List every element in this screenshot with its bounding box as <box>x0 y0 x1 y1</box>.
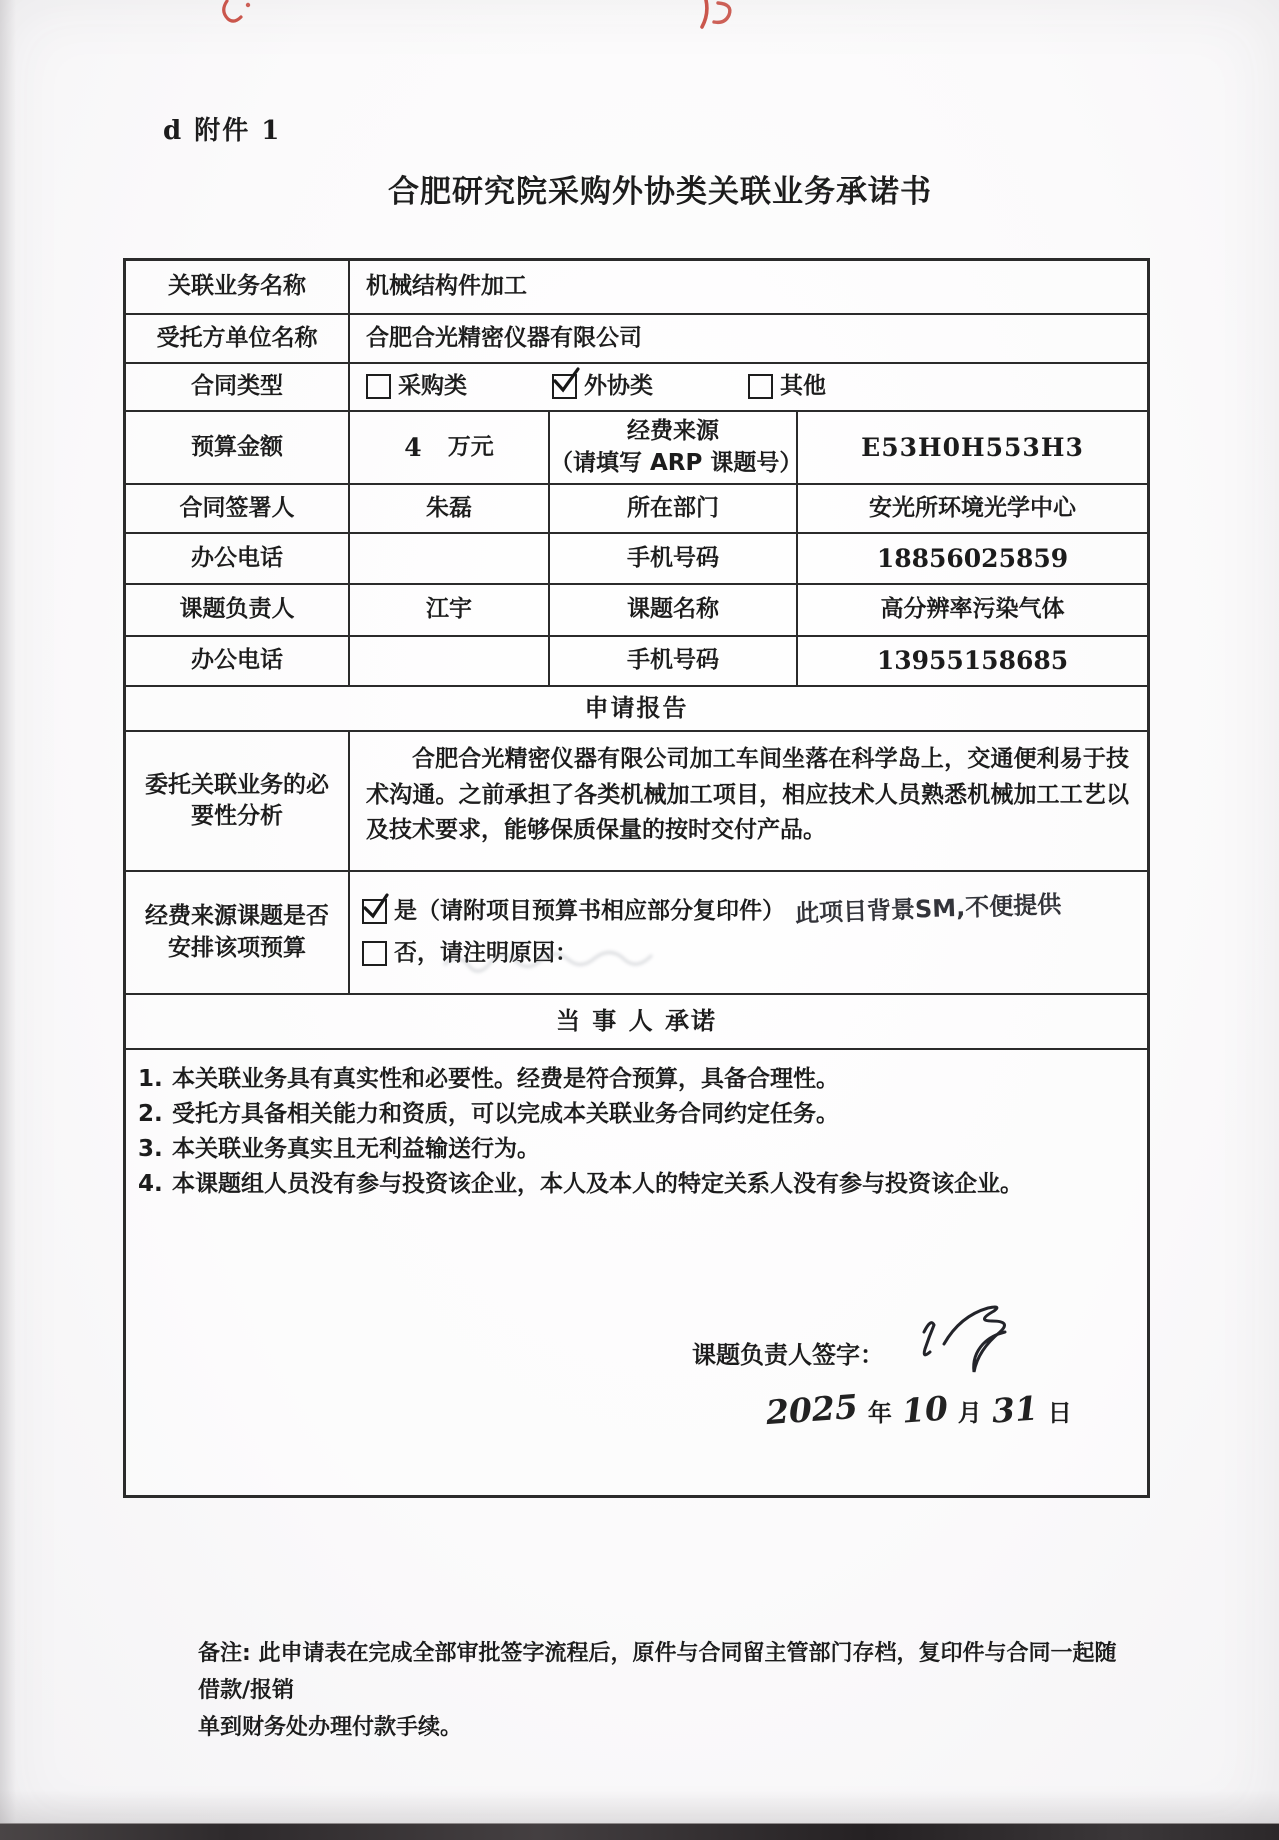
amount-unit: 万元 <box>448 432 494 463</box>
table-row: 经费来源课题是否 安排该项预算 是（请附项目预算书相应部分复印件） 此项目背景S… <box>126 870 1147 993</box>
erased-handwriting-smudge <box>440 944 760 978</box>
item-text: 本关联业务具有真实性和必要性。经费是符合预算，具备合理性。 <box>172 1062 839 1097</box>
budget-amount: 4 万元 <box>348 412 548 483</box>
necessity-paragraph: 合肥合光精密仪器有限公司加工车间坐落在科学岛上，交通便利易于技术沟通。之前承担了… <box>366 742 1129 849</box>
red-ink-mark <box>696 0 744 34</box>
yes-option-line: 是（请附项目预算书相应部分复印件） 此项目背景SM,不便提供 <box>362 896 1137 928</box>
checkbox-icon <box>552 374 577 399</box>
field-label: 经费来源课题是否 安排该项预算 <box>126 872 348 993</box>
field-value: 合肥合光精密仪器有限公司 <box>348 315 1147 362</box>
label-line: 经费来源课题是否 <box>145 901 329 932</box>
red-ink-mark <box>218 0 258 26</box>
checkbox-icon <box>362 941 387 966</box>
item-number: 1. <box>138 1062 172 1097</box>
table-row: 办公电话 手机号码 18856025859 <box>126 532 1147 583</box>
label-line: 要性分析 <box>191 801 283 832</box>
scanned-document-page: d 附件 1 合肥研究院采购外协类关联业务承诺书 关联业务名称 机械结构件加工 … <box>0 0 1279 1840</box>
table-row: 关联业务名称 机械结构件加工 <box>126 261 1147 313</box>
table-row: 申请报告 <box>126 685 1147 730</box>
date-day-unit: 日 <box>1048 1397 1072 1429</box>
funding-source-label: 经费来源 （请填写 ARP 课题号） <box>548 412 796 483</box>
checkbox-other: 其他 <box>748 371 826 402</box>
field-label: 所在部门 <box>548 485 796 532</box>
arp-project-number: E53H0H553H3 <box>796 412 1147 483</box>
signature-label: 课题负责人签字： <box>692 1339 884 1371</box>
scan-left-shadow <box>0 0 16 1840</box>
checkbox-yes: 是（请附项目预算书相应部分复印件） <box>362 896 785 927</box>
list-item: 4. 本课题组人员没有参与投资该企业，本人及本人的特定关系人没有参与投资该企业。 <box>126 1167 1147 1202</box>
checkbox-icon <box>748 374 773 399</box>
footer-remark: 备注: 此申请表在完成全部审批签字流程后，原件与合同留主管部门存档，复印件与合同… <box>198 1636 1138 1747</box>
date-year-handwritten: 2025 <box>765 1385 860 1436</box>
label-line: 委托关联业务的必 <box>145 770 329 801</box>
pi-name: 江宇 <box>348 585 548 635</box>
office-phone-value <box>348 637 548 685</box>
item-number: 2. <box>138 1097 172 1132</box>
item-text: 本课题组人员没有参与投资该企业，本人及本人的特定关系人没有参与投资该企业。 <box>172 1167 1023 1202</box>
field-value: 机械结构件加工 <box>348 261 1147 313</box>
field-label: 合同类型 <box>126 364 348 410</box>
field-label: 关联业务名称 <box>126 261 348 313</box>
field-label: 预算金额 <box>126 412 348 483</box>
item-number: 3. <box>138 1132 172 1167</box>
option-label: 采购类 <box>398 371 467 402</box>
date-day-handwritten: 31 <box>990 1386 1039 1434</box>
item-text: 受托方具备相关能力和资质，可以完成本关联业务合同约定任务。 <box>172 1097 839 1132</box>
field-label: 手机号码 <box>548 534 796 583</box>
amount-value: 4 <box>404 431 421 465</box>
mobile-value: 13955158685 <box>796 637 1147 685</box>
mobile-value: 18856025859 <box>796 534 1147 583</box>
project-name-value: 高分辨率污染气体 <box>796 585 1147 635</box>
check-icon <box>551 367 581 397</box>
field-label: 课题名称 <box>548 585 796 635</box>
checkbox-purchase: 采购类 <box>366 371 467 402</box>
commitment-list: 1. 本关联业务具有真实性和必要性。经费是符合预算，具备合理性。 2. 受托方具… <box>126 1050 1147 1202</box>
remark-line: 备注: 此申请表在完成全部审批签字流程后，原件与合同留主管部门存档，复印件与合同… <box>198 1636 1138 1710</box>
table-row: 受托方单位名称 合肥合光精密仪器有限公司 <box>126 313 1147 362</box>
list-item: 1. 本关联业务具有真实性和必要性。经费是符合预算，具备合理性。 <box>126 1062 1147 1097</box>
table-row: 预算金额 4 万元 经费来源 （请填写 ARP 课题号） E53H0H553H3 <box>126 410 1147 483</box>
page-title: 合肥研究院采购外协类关联业务承诺书 <box>140 166 1180 211</box>
field-label: 合同签署人 <box>126 485 348 532</box>
label-line: 安排该项预算 <box>168 933 306 964</box>
list-item: 2. 受托方具备相关能力和资质，可以完成本关联业务合同约定任务。 <box>126 1097 1147 1132</box>
checkbox-icon <box>362 899 387 924</box>
remark-line: 单到财务处办理付款手续。 <box>198 1710 1138 1747</box>
budget-arranged-cell: 是（请附项目预算书相应部分复印件） 此项目背景SM,不便提供 否，请注明原因： <box>348 872 1147 993</box>
scan-edge-artifact <box>0 1823 1279 1840</box>
signature-line: 课题负责人签字： <box>692 1326 1030 1384</box>
field-label: 委托关联业务的必 要性分析 <box>126 732 348 870</box>
handwritten-note: 此项目背景SM,不便提供 <box>795 888 1062 930</box>
checkbox-icon <box>366 374 391 399</box>
table-row: 合同签署人 朱磊 所在部门 安光所环境光学中心 <box>126 483 1147 532</box>
party-commitment-header: 当 事 人 承诺 <box>126 995 1147 1048</box>
label-line: 经费来源 <box>627 416 719 447</box>
table-row: 合同类型 采购类 外协类 <box>126 362 1147 410</box>
field-label: 办公电话 <box>126 637 348 685</box>
commitment-body-cell: 1. 本关联业务具有真实性和必要性。经费是符合预算，具备合理性。 2. 受托方具… <box>126 1050 1147 1495</box>
field-label: 手机号码 <box>548 637 796 685</box>
label-line: （请填写 ARP 课题号） <box>550 448 796 479</box>
handwritten-signature <box>910 1298 1030 1384</box>
signer-name: 朱磊 <box>348 485 548 532</box>
date-month-handwritten: 10 <box>900 1386 949 1434</box>
option-label: 外协类 <box>584 371 653 402</box>
table-row: 课题负责人 江宇 课题名称 高分辨率污染气体 <box>126 583 1147 635</box>
item-text: 本关联业务真实且无利益输送行为。 <box>172 1132 540 1167</box>
scan-bottom-shadow <box>0 1790 1279 1823</box>
table-row: 办公电话 手机号码 13955158685 <box>126 635 1147 685</box>
option-label: 是（请附项目预算书相应部分复印件） <box>394 896 785 927</box>
commitment-form-table: 关联业务名称 机械结构件加工 受托方单位名称 合肥合光精密仪器有限公司 合同类型… <box>123 258 1150 1498</box>
application-report-header: 申请报告 <box>126 687 1147 730</box>
signature-date: 2025 年 10 月 31 日 <box>766 1388 1082 1433</box>
field-label: 办公电话 <box>126 534 348 583</box>
table-row: 委托关联业务的必 要性分析 合肥合光精密仪器有限公司加工车间坐落在科学岛上，交通… <box>126 730 1147 870</box>
date-month-unit: 月 <box>958 1397 982 1429</box>
contract-type-options: 采购类 外协类 其他 <box>348 364 1147 410</box>
field-label: 课题负责人 <box>126 585 348 635</box>
table-row: 当 事 人 承诺 <box>126 993 1147 1048</box>
department-value: 安光所环境光学中心 <box>796 485 1147 532</box>
checkbox-outsourcing: 外协类 <box>552 371 653 402</box>
list-item: 3. 本关联业务真实且无利益输送行为。 <box>126 1132 1147 1167</box>
item-number: 4. <box>138 1167 172 1202</box>
date-year-unit: 年 <box>868 1397 892 1429</box>
necessity-analysis-cell: 合肥合光精密仪器有限公司加工车间坐落在科学岛上，交通便利易于技术沟通。之前承担了… <box>348 732 1147 870</box>
attachment-label: d 附件 1 <box>163 110 281 147</box>
check-icon <box>361 892 391 922</box>
field-label: 受托方单位名称 <box>126 315 348 362</box>
office-phone-value <box>348 534 548 583</box>
table-row: 1. 本关联业务具有真实性和必要性。经费是符合预算，具备合理性。 2. 受托方具… <box>126 1048 1147 1495</box>
option-label: 其他 <box>780 371 826 402</box>
